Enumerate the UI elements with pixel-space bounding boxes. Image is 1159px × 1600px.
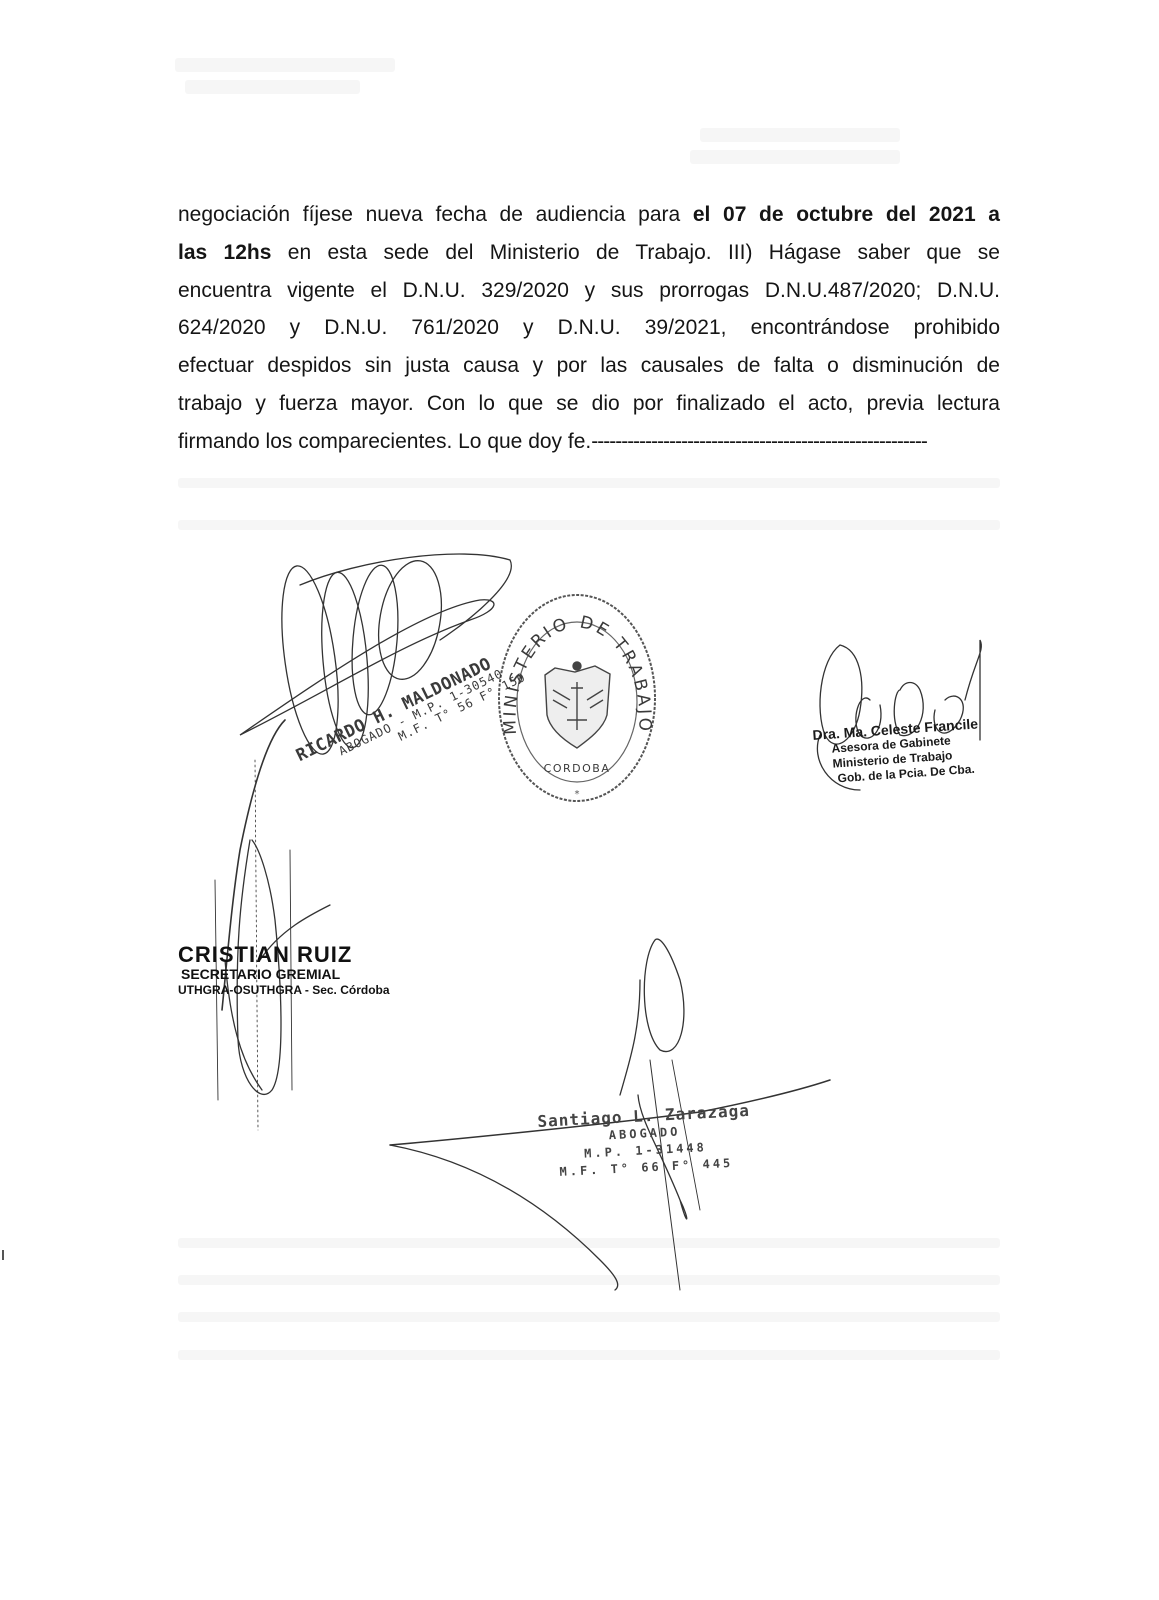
stamp-zarazaga: Santiago L. Zarazaga ABOGADO M.P. 1-3144… [537,1101,753,1182]
coat-of-arms-icon [545,662,610,748]
star-icon: * [575,789,580,800]
bleed-through-mark [690,150,900,164]
bleed-through-mark [185,80,360,94]
body-text-line: firmando los comparecientes. Lo que doy … [178,423,1000,461]
bleed-through-mark [178,1350,1000,1360]
bleed-through-mark [700,128,900,142]
body-text-line: negociación fíjese nueva fecha de audien… [178,196,1000,234]
body-text-line: trabajo y fuerza mayor. Con lo que se di… [178,385,1000,423]
stamp-ruiz-org: UTHGRA-OSUTHGRA - Sec. Córdoba [178,983,390,997]
body-text-line: las 12hs en esta sede del Ministerio de … [178,234,1000,272]
stamp-ruiz-title: SECRETARIO GREMIAL [181,966,390,982]
bleed-through-mark [178,1312,1000,1322]
bleed-through-mark [178,1275,1000,1285]
signature-maldonado [222,554,511,1130]
stamp-ruiz: CRISTIAN RUIZ SECRETARIO GREMIAL UTHGRA-… [178,942,390,997]
bleed-through-mark [175,58,395,72]
ministerio-trabajo-seal: MINISTERIO DE TRABAJO CORDOBA * [495,590,660,805]
stamp-maldonado-name: RICARDO H. MALDONADO [293,643,517,766]
stamp-maldonado: RICARDO H. MALDONADO ABOGADO - M.P. 1-30… [293,643,528,788]
stamp-francile: Dra. Ma. Celeste Francile Asesora de Gab… [812,715,982,787]
body-text-line: efectuar despidos sin justa causa y por … [178,347,1000,385]
body-text-line: 624/2020 y D.N.U. 761/2020 y D.N.U. 39/2… [178,309,1000,347]
bleed-through-mark [178,478,1000,488]
document-body-text: negociación fíjese nueva fecha de audien… [178,196,1000,461]
body-text-line: encuentra vigente el D.N.U. 329/2020 y s… [178,272,1000,310]
stamp-ruiz-name: CRISTIAN RUIZ [178,942,390,968]
scan-edge-mark [2,1250,4,1260]
bleed-through-mark [178,1238,1000,1248]
bleed-through-mark [178,520,1000,530]
seal-center-text: CORDOBA [544,762,611,775]
document-page: negociación fíjese nueva fecha de audien… [0,0,1159,1600]
